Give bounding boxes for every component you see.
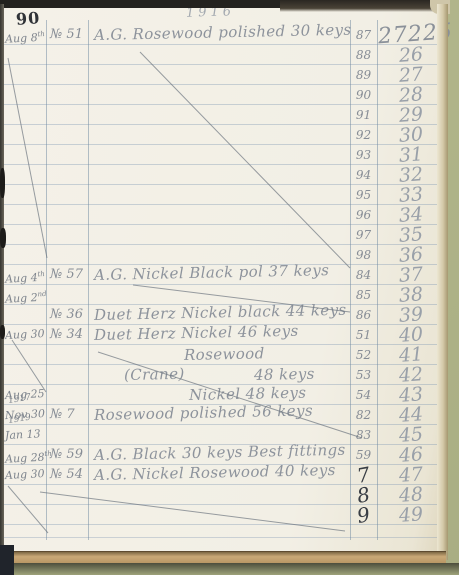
- binding-mark: [0, 228, 6, 248]
- binding-edge: [0, 4, 4, 556]
- photo-corner-shadow: [0, 545, 14, 575]
- page-right-edge: [437, 4, 448, 560]
- photo-top-edge-shadow: [280, 0, 440, 12]
- strike-lines: [0, 0, 459, 575]
- binding-mark: [0, 168, 5, 198]
- ledger-photo: 90 1916 Aug 8th№ 51A.G. Rosewood polishe…: [0, 0, 459, 575]
- binding-mark: [0, 325, 5, 339]
- photo-bottom-shadow: [0, 563, 459, 575]
